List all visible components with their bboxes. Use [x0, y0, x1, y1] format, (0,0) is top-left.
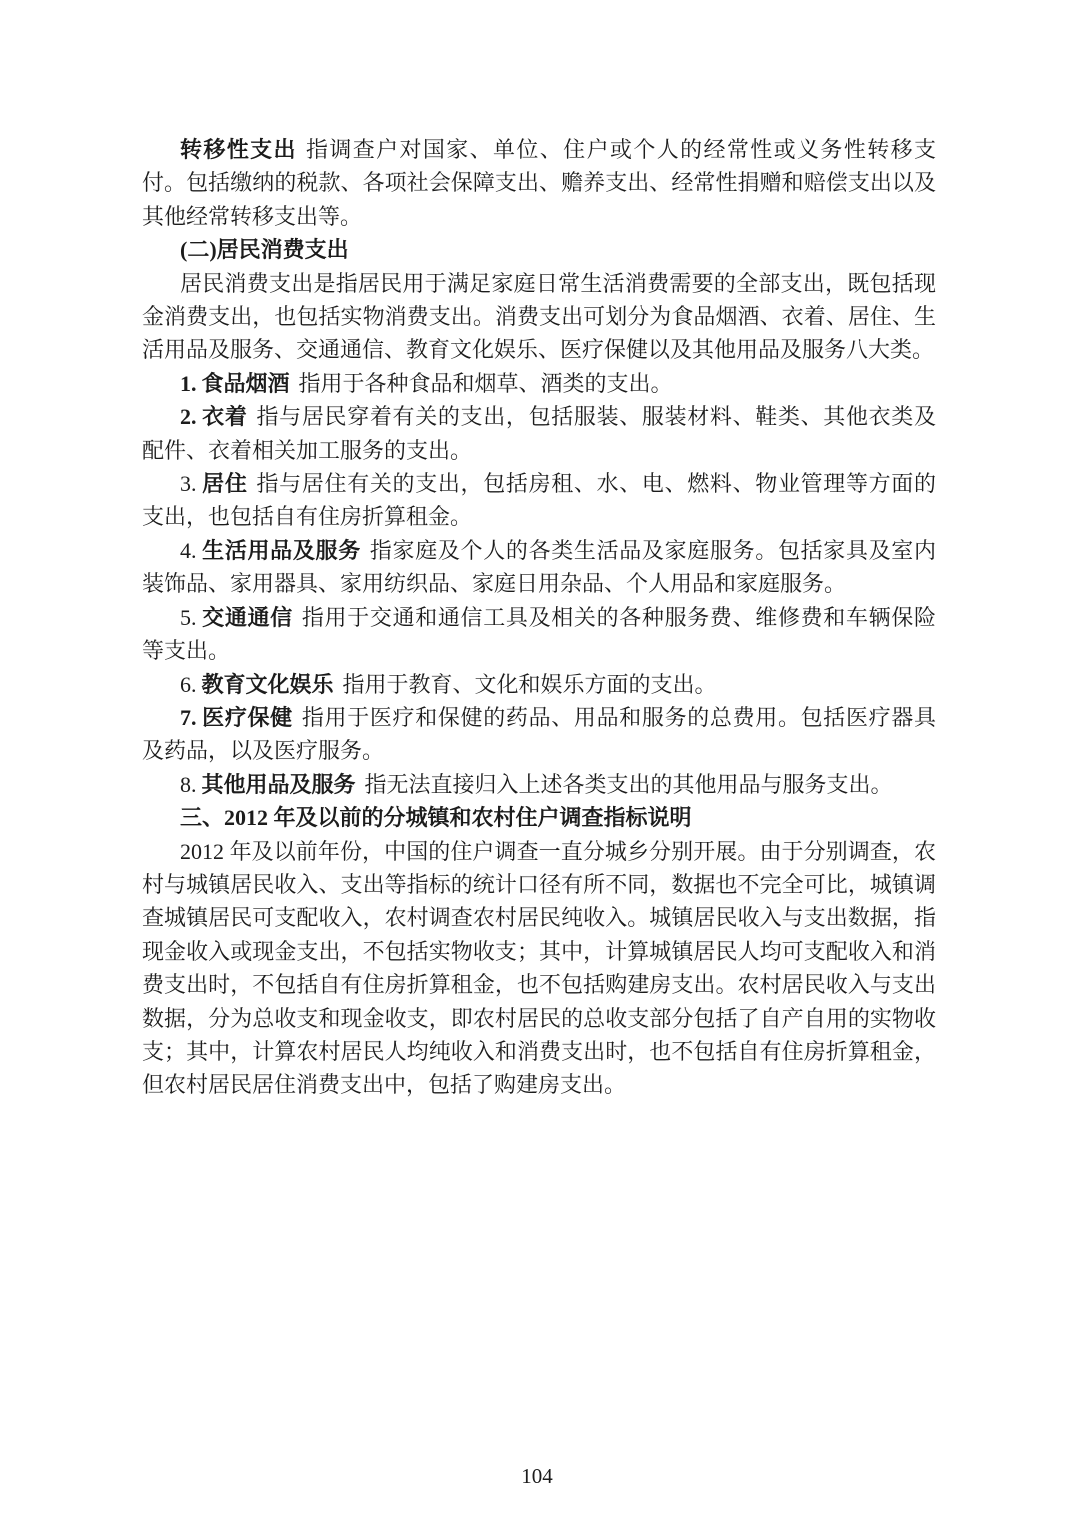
list-item-8-term: 其他用品及服务 — [202, 772, 356, 797]
list-item-3-housing: 3.居住指与居住有关的支出，包括房租、水、电、燃料、物业管理等方面的支出，也包括… — [142, 467, 936, 534]
list-item-1-term: 食品烟酒 — [202, 371, 290, 396]
list-item-4-number: 4. — [180, 538, 197, 563]
list-item-6-education-culture-recreation: 6.教育文化娱乐指用于教育、文化和娱乐方面的支出。 — [142, 668, 936, 701]
list-item-2-clothing: 2.衣着指与居民穿着有关的支出，包括服装、服装材料、鞋类、其他衣类及配件、衣着相… — [142, 400, 936, 467]
term-transfer-expenditure: 转移性支出 — [180, 137, 297, 162]
list-item-7-health-care: 7.医疗保健指用于医疗和保健的药品、用品和服务的总费用。包括医疗器具及药品，以及… — [142, 701, 936, 768]
list-item-7-term: 医疗保健 — [202, 705, 293, 730]
list-item-8-body: 指无法直接归入上述各类支出的其他用品与服务支出。 — [365, 772, 893, 797]
list-item-2-number: 2. — [180, 404, 197, 429]
list-item-8-other-goods-services: 8.其他用品及服务指无法直接归入上述各类支出的其他用品与服务支出。 — [142, 768, 936, 801]
list-item-6-body: 指用于教育、文化和娱乐方面的支出。 — [343, 672, 717, 697]
list-item-1-food-tobacco: 1.食品烟酒指用于各种食品和烟草、酒类的支出。 — [142, 367, 936, 400]
list-item-7-number: 7. — [180, 705, 197, 730]
list-item-2-body: 指与居民穿着有关的支出，包括服装、服装材料、鞋类、其他衣类及配件、衣着相关加工服… — [142, 404, 936, 462]
list-item-4-term: 生活用品及服务 — [202, 538, 361, 563]
document-content: 转移性支出指调查户对国家、单位、住户或个人的经常性或义务性转移支付。包括缴纳的税… — [142, 133, 936, 1102]
para-transfer-expenditure: 转移性支出指调查户对国家、单位、住户或个人的经常性或义务性转移支付。包括缴纳的税… — [142, 133, 936, 233]
list-item-1-body: 指用于各种食品和烟草、酒类的支出。 — [299, 371, 673, 396]
list-item-4-daily-goods-services: 4.生活用品及服务指家庭及个人的各类生活品及家庭服务。包括家具及室内装饰品、家用… — [142, 534, 936, 601]
list-item-3-term: 居住 — [202, 471, 248, 496]
para-consumption-overview: 居民消费支出是指居民用于满足家庭日常生活消费需要的全部支出，既包括现金消费支出，… — [142, 267, 936, 367]
list-item-1-number: 1. — [180, 371, 197, 396]
list-item-6-term: 教育文化娱乐 — [202, 672, 334, 697]
para-pre-2012-survey: 2012 年及以前年份，中国的住户调查一直分城乡分别开展。由于分别调查，农村与城… — [142, 835, 936, 1102]
heading-consumption-expenditure: (二)居民消费支出 — [142, 233, 936, 266]
list-item-5-transport-communication: 5.交通通信指用于交通和通信工具及相关的各种服务费、维修费和车辆保险等支出。 — [142, 601, 936, 668]
heading-pre-2012-survey-indicators: 三、2012 年及以前的分城镇和农村住户调查指标说明 — [142, 801, 936, 834]
list-item-2-term: 衣着 — [202, 404, 248, 429]
page-number: 104 — [0, 1464, 1074, 1489]
list-item-5-number: 5. — [180, 605, 197, 630]
list-item-5-term: 交通通信 — [202, 605, 293, 630]
list-item-6-number: 6. — [180, 672, 197, 697]
list-item-3-body: 指与居住有关的支出，包括房租、水、电、燃料、物业管理等方面的支出，也包括自有住房… — [142, 471, 936, 529]
list-item-3-number: 3. — [180, 471, 197, 496]
list-item-8-number: 8. — [180, 772, 197, 797]
